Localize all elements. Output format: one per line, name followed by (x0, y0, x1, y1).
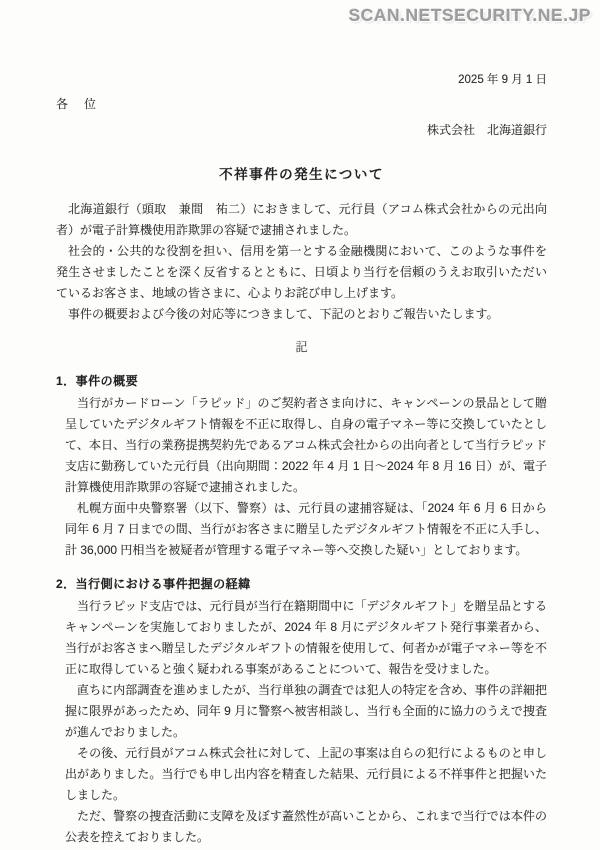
section-2-paragraph-2: 直ちに内部調査を進めましたが、当行単独の調査では犯人の特定を含め、事件の詳細把握… (65, 680, 547, 743)
intro-paragraph-3: 事件の概要および今後の対応等につきまして、下記のとおりご報告いたします。 (56, 304, 547, 325)
document-page: SCAN.NETSECURITY.NE.JP 2025 年 9 月 1 日 各 … (0, 0, 600, 850)
intro-block: 北海道銀行（頭取 兼間 祐二）におきまして、元行員（アコム株式会社からの元出向者… (56, 199, 547, 325)
intro-paragraph-1: 北海道銀行（頭取 兼間 祐二）におきまして、元行員（アコム株式会社からの元出向者… (56, 199, 547, 241)
section-incident-summary: 1．事件の概要 当行がカードローン「ラピッド」のご契約者さま向けに、キャンペーン… (56, 371, 547, 561)
section-2-paragraph-4: ただ、警察の捜査活動に支障を及ぼす蓋然性が高いことから、これまで当行では本件の公… (65, 806, 547, 848)
section-1-body: 当行がカードローン「ラピッド」のご契約者さま向けに、キャンペーンの景品として贈呈… (65, 393, 547, 561)
watermark: SCAN.NETSECURITY.NE.JP (349, 5, 591, 26)
document-title: 不祥事件の発生について (56, 164, 547, 185)
section-1-paragraph-2: 札幌方面中央警察署（以下、警察）は、元行員の逮捕容疑は、「2024 年 6 月 … (65, 498, 547, 561)
section-2-paragraph-3: その後、元行員がアコム株式会社に対して、上記の事案は自らの犯行によるものと申し出… (65, 743, 547, 806)
company-name: 株式会社 北海道銀行 (56, 120, 547, 141)
section-1-paragraph-1: 当行がカードローン「ラピッド」のご契約者さま向けに、キャンペーンの景品として贈呈… (65, 393, 547, 498)
section-2-heading: 2．当行側における事件把握の経緯 (56, 574, 547, 595)
section-incident-timeline: 2．当行側における事件把握の経緯 当行ラピッド支店では、元行員が当行在籍期間中に… (56, 574, 547, 848)
record-mark: 記 (56, 337, 547, 358)
section-1-heading: 1．事件の概要 (56, 371, 547, 392)
section-2-paragraph-1: 当行ラピッド支店では、元行員が当行在籍期間中に「デジタルギフト」を贈呈品とするキ… (65, 596, 547, 680)
intro-paragraph-2: 社会的・公共的な役割を担い、信用を第一とする金融機関において、このような事件を発… (56, 241, 547, 304)
section-2-body: 当行ラピッド支店では、元行員が当行在籍期間中に「デジタルギフト」を贈呈品とするキ… (65, 596, 547, 848)
addressee: 各 位 (56, 94, 547, 115)
document-content: 2025 年 9 月 1 日 各 位 株式会社 北海道銀行 不祥事件の発生につい… (0, 0, 600, 848)
